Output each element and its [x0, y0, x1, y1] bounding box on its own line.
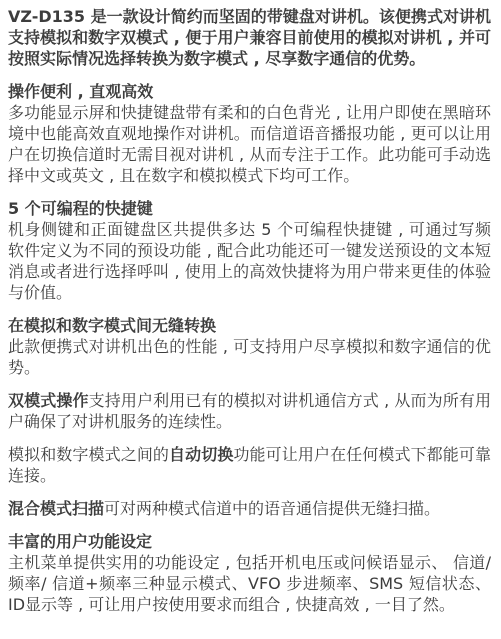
section-heading-user-settings: 丰富的用户功能设定 [8, 531, 491, 552]
feature-mixed-scan-paragraph: 混合模式扫描可对两种模式信道中的语音通信提供无缝扫描。 [8, 498, 491, 519]
intro-paragraph: VZ-D135 是一款设计简约而坚固的带键盘对讲机。该便携式对讲机支持模拟和数字… [8, 6, 491, 69]
feature-dual-mode-term: 双模式操作 [8, 391, 89, 410]
section-heading-operation: 操作便利 , 直观高效 [8, 81, 491, 102]
feature-auto-switch-term: 自动切换 [169, 445, 233, 464]
feature-mixed-scan-term: 混合模式扫描 [8, 499, 104, 518]
section-heading-mode-switch: 在模拟和数字模式间无缝转换 [8, 315, 491, 336]
feature-mixed-scan-block: 混合模式扫描可对两种模式信道中的语音通信提供无缝扫描。 [8, 498, 491, 519]
feature-auto-switch-block: 模拟和数字模式之间的自动切换功能可让用户在任何模式下都能可靠连接。 [8, 444, 491, 486]
feature-dual-mode-paragraph: 双模式操作支持用户利用已有的模拟对讲机通信方式 , 从而为所有用户确保了对讲机服… [8, 390, 491, 432]
feature-auto-switch-pre: 模拟和数字模式之间的 [8, 445, 169, 464]
section-body-programmable-keys: 机身侧键和正面键盘区共提供多达 5 个可编程快捷键 , 可通过写频软件定义为不同… [8, 219, 491, 303]
feature-dual-mode-block: 双模式操作支持用户利用已有的模拟对讲机通信方式 , 从而为所有用户确保了对讲机服… [8, 390, 491, 432]
product-description-page: VZ-D135 是一款设计简约而坚固的带键盘对讲机。该便携式对讲机支持模拟和数字… [0, 0, 501, 615]
section-body-operation: 多功能显示屏和快捷键盘带有柔和的白色背光 , 让用户即使在黑暗环境中也能高效直观… [8, 102, 491, 186]
section-user-settings: 丰富的用户功能设定 主机菜单提供实用的功能设定 , 包括开机电压或问候语显示、 … [8, 531, 491, 615]
feature-auto-switch-paragraph: 模拟和数字模式之间的自动切换功能可让用户在任何模式下都能可靠连接。 [8, 444, 491, 486]
section-programmable-keys: 5 个可编程的快捷键 机身侧键和正面键盘区共提供多达 5 个可编程快捷键 , 可… [8, 198, 491, 303]
intro-block: VZ-D135 是一款设计简约而坚固的带键盘对讲机。该便携式对讲机支持模拟和数字… [8, 6, 491, 69]
section-body-user-settings: 主机菜单提供实用的功能设定 , 包括开机电压或问候语显示、 信道/ 频率/ 信道… [8, 552, 491, 615]
section-heading-programmable-keys: 5 个可编程的快捷键 [8, 198, 491, 219]
feature-mixed-scan-post: 可对两种模式信道中的语音通信提供无缝扫描。 [104, 499, 440, 518]
section-operation: 操作便利 , 直观高效 多功能显示屏和快捷键盘带有柔和的白色背光 , 让用户即使… [8, 81, 491, 186]
section-mode-switch: 在模拟和数字模式间无缝转换 此款便携式对讲机出色的性能 , 可支持用户尽享模拟和… [8, 315, 491, 378]
section-body-mode-switch: 此款便携式对讲机出色的性能 , 可支持用户尽享模拟和数字通信的优势。 [8, 336, 491, 378]
